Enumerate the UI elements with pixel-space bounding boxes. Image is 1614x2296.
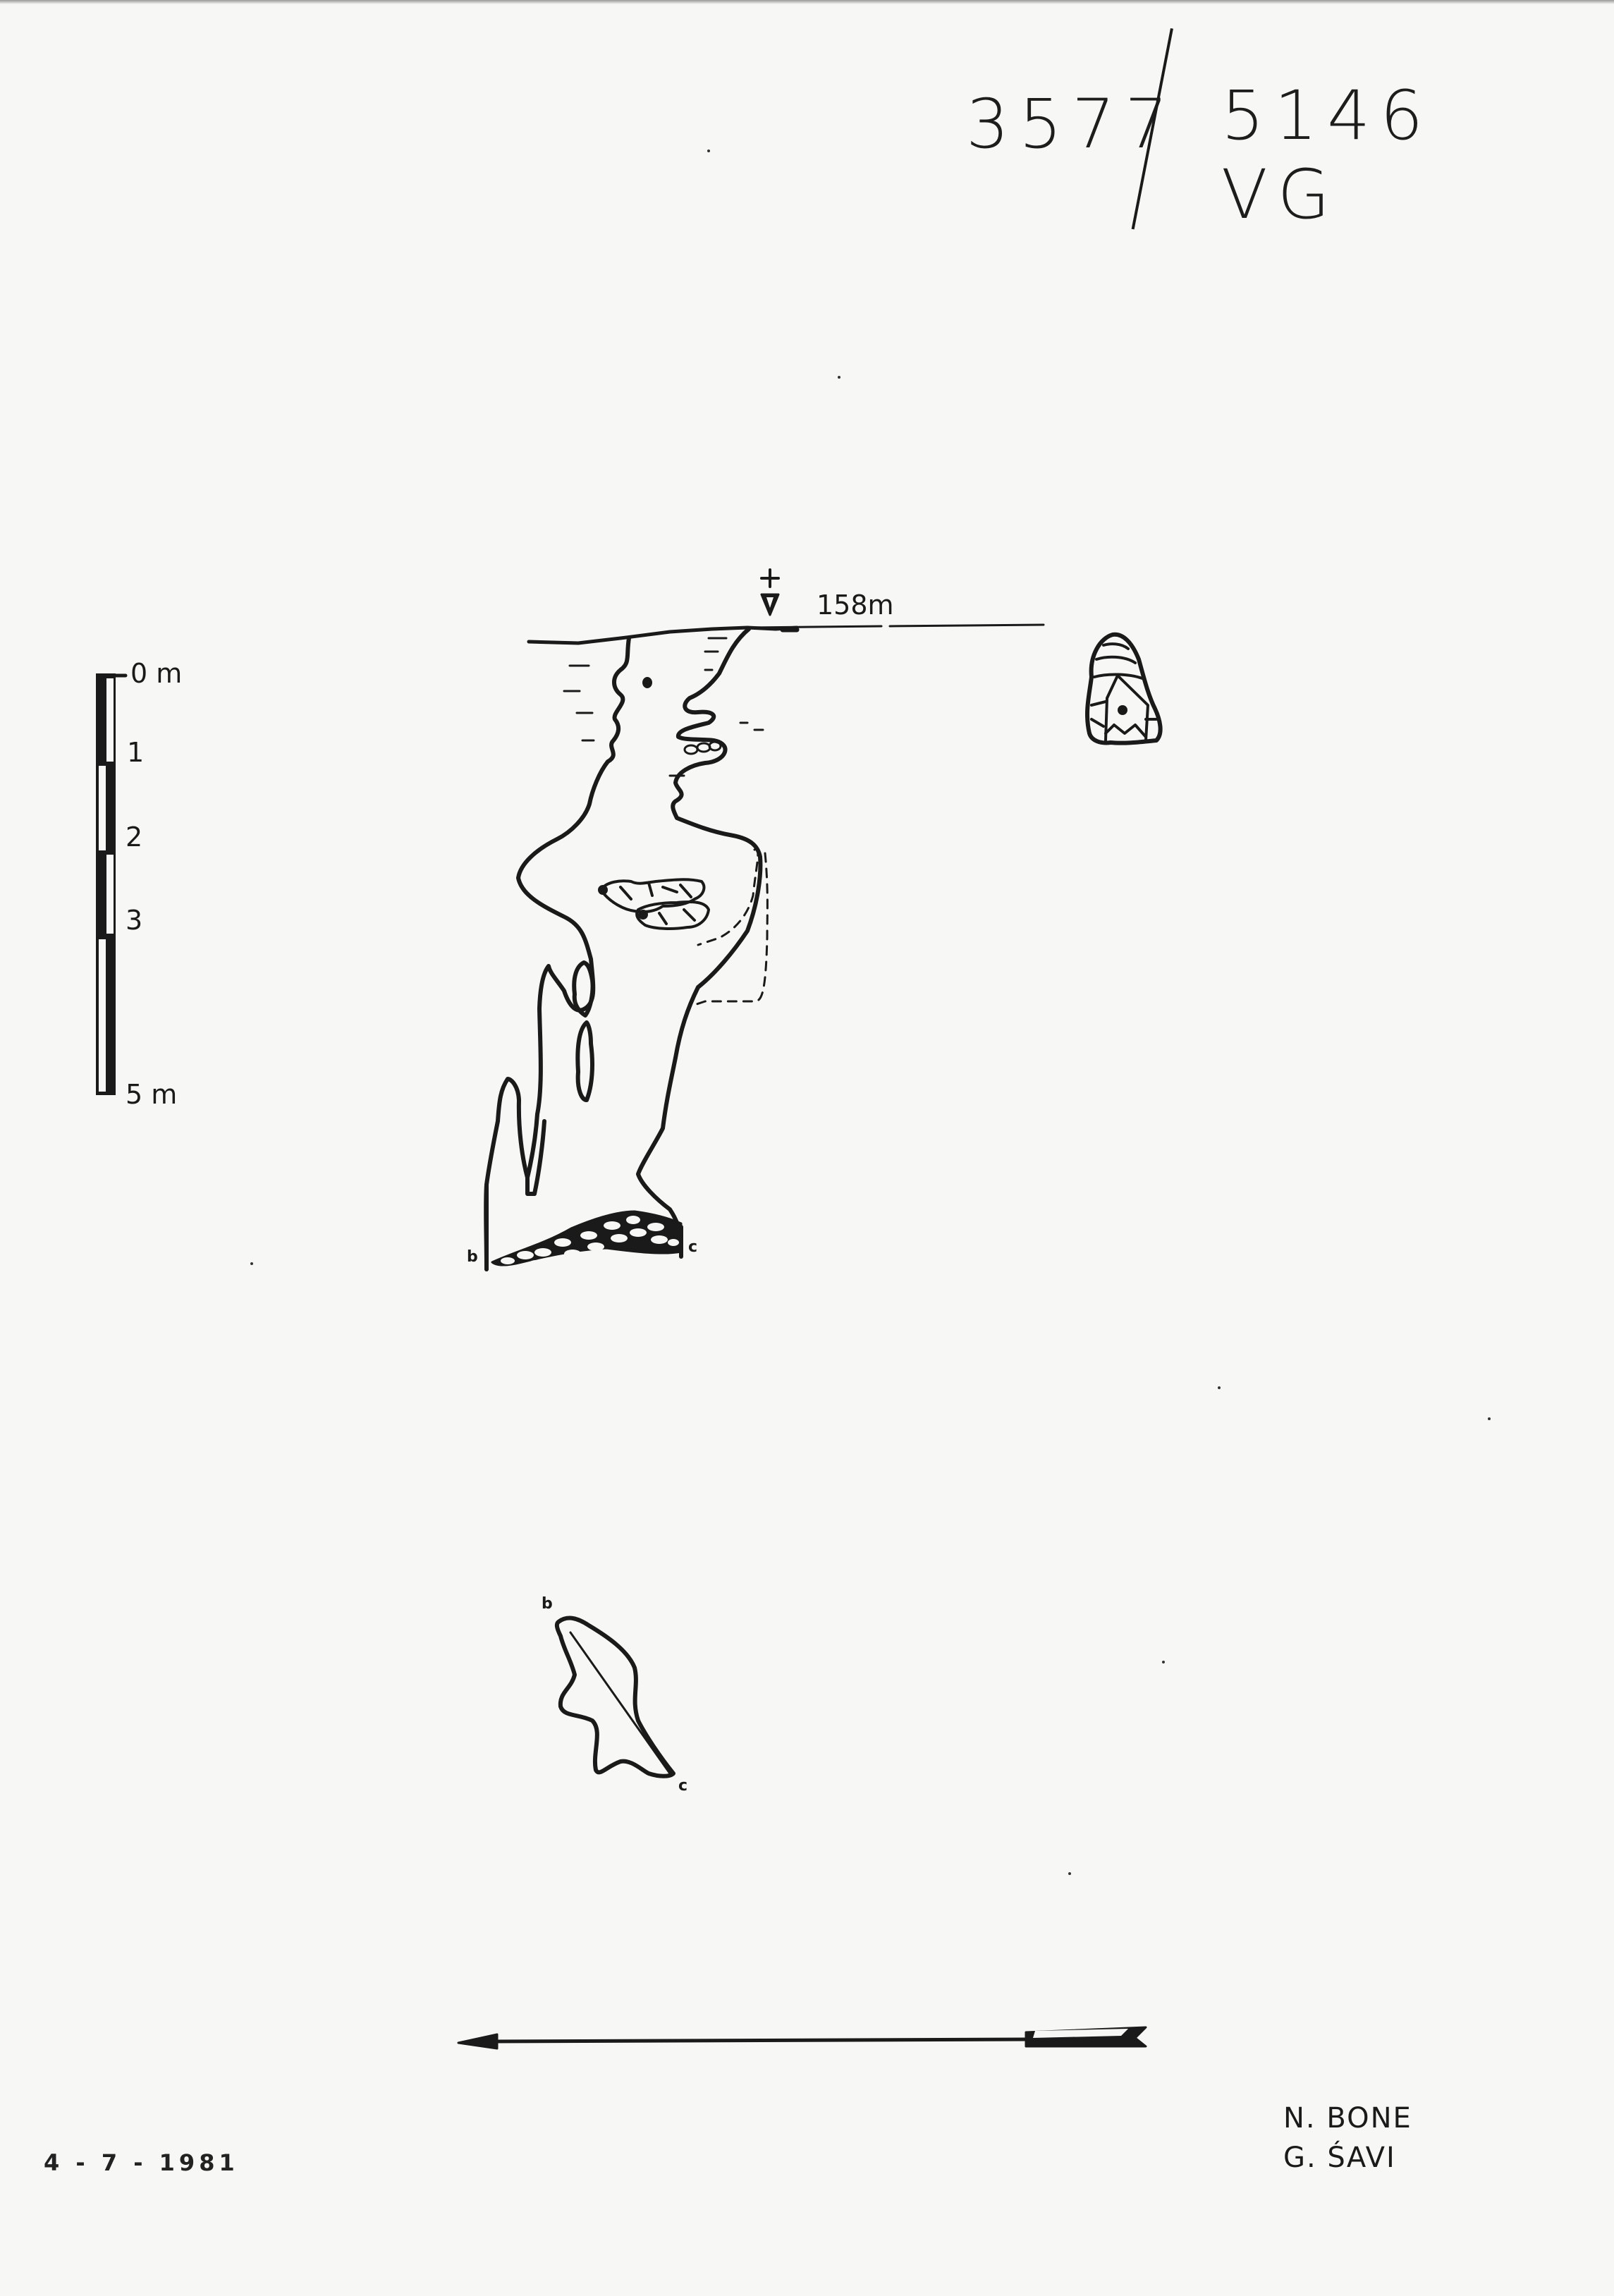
- entrance-cross-section: [1087, 635, 1161, 743]
- cave-survey-drawing: [0, 0, 1614, 2296]
- scan-speck: [1488, 1417, 1491, 1420]
- plan-view: [557, 1618, 673, 1776]
- plan-point-c: c: [678, 1777, 687, 1795]
- stalagmite-columns: [574, 963, 592, 1100]
- floor-debris: [492, 1211, 681, 1267]
- survey-authors: N. BONE G. ŚAVI: [1283, 2099, 1412, 2178]
- scale-label-5: 5 m: [126, 1079, 177, 1110]
- scale-bar: [96, 673, 126, 1095]
- scan-speck: [250, 1262, 253, 1265]
- scale-label-3: 3: [126, 905, 142, 936]
- ground-surface: [529, 625, 1044, 643]
- boulder-cluster: [599, 879, 709, 929]
- author-1: N. BONE: [1283, 2099, 1412, 2138]
- section-left-wall: [486, 638, 629, 1269]
- scan-speck: [838, 376, 840, 379]
- feature-a-dot: [642, 677, 652, 688]
- section-point-b: b: [467, 1248, 478, 1266]
- scale-label-1: 1: [127, 737, 144, 768]
- scan-speck: [707, 149, 710, 152]
- scan-speck: [1218, 1386, 1221, 1389]
- author-2: G. ŚAVI: [1283, 2138, 1412, 2178]
- scan-speck: [1162, 1661, 1165, 1663]
- north-arrow-icon: [458, 2027, 1146, 2048]
- scale-label-0: 0 m: [130, 658, 182, 689]
- plan-point-b: b: [542, 1595, 553, 1613]
- survey-date: 4 - 7 - 1981: [44, 2149, 239, 2176]
- scale-label-2: 2: [126, 822, 142, 853]
- scan-speck: [1068, 1872, 1071, 1875]
- wall-ticks: [564, 638, 763, 776]
- section-point-c: c: [688, 1238, 697, 1256]
- section-right-wall: [638, 629, 760, 1241]
- ledge-pebbles: [685, 742, 721, 754]
- entrance-marker: [762, 570, 778, 615]
- entrance-elevation: 158m: [817, 590, 894, 621]
